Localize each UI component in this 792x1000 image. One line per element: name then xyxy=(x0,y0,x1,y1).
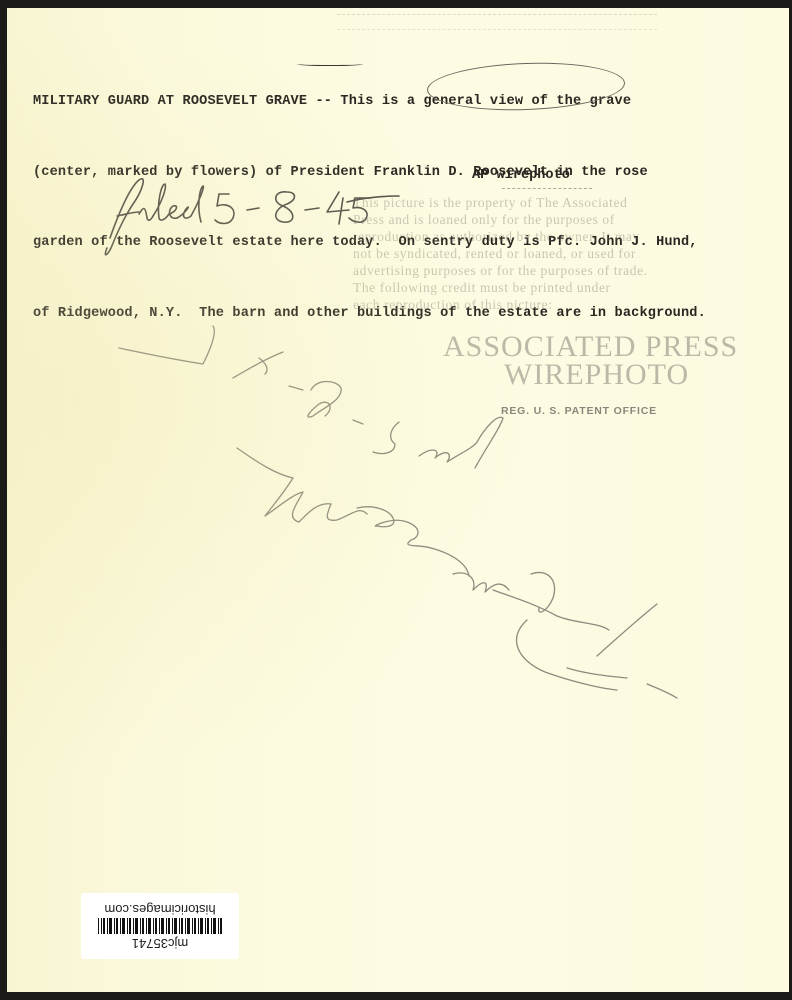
photo-credit: AP wirephoto xyxy=(472,168,570,183)
faint-bleed-marks xyxy=(337,14,657,30)
bleed-line: Press and is loaned only for the purpose… xyxy=(353,211,753,228)
barcode-icon xyxy=(98,918,222,934)
grave-underline-mark xyxy=(297,61,363,66)
ap-stamp-line2: WIREPHOTO xyxy=(504,358,689,392)
barcode-site: historicimages.com xyxy=(104,902,215,916)
credit-underline xyxy=(502,188,592,189)
bleed-line: The following credit must be printed und… xyxy=(353,279,753,296)
filed-note-text: filed 5-8-45 xyxy=(107,180,326,224)
copyright-bleed-through: This picture is the property of The Asso… xyxy=(353,194,753,313)
barcode-id: mjc35741 xyxy=(132,936,188,950)
document-page: MILITARY GUARD AT ROOSEVELT GRAVE -- Thi… xyxy=(7,8,789,992)
bleed-line: not be syndicated, rented or loaned, or … xyxy=(353,245,753,262)
ap-stamp-line3: REG. U. S. PATENT OFFICE xyxy=(501,405,657,417)
bleed-line: advertising purposes or for the purposes… xyxy=(353,262,753,279)
bleed-line: each reproduction of this picture: xyxy=(353,296,753,313)
bleed-line: This picture is the property of The Asso… xyxy=(353,194,753,211)
barcode-label: mjc35741 historicimages.com xyxy=(81,893,239,959)
bleed-line: reproduction as authorized by the owner.… xyxy=(353,228,753,245)
